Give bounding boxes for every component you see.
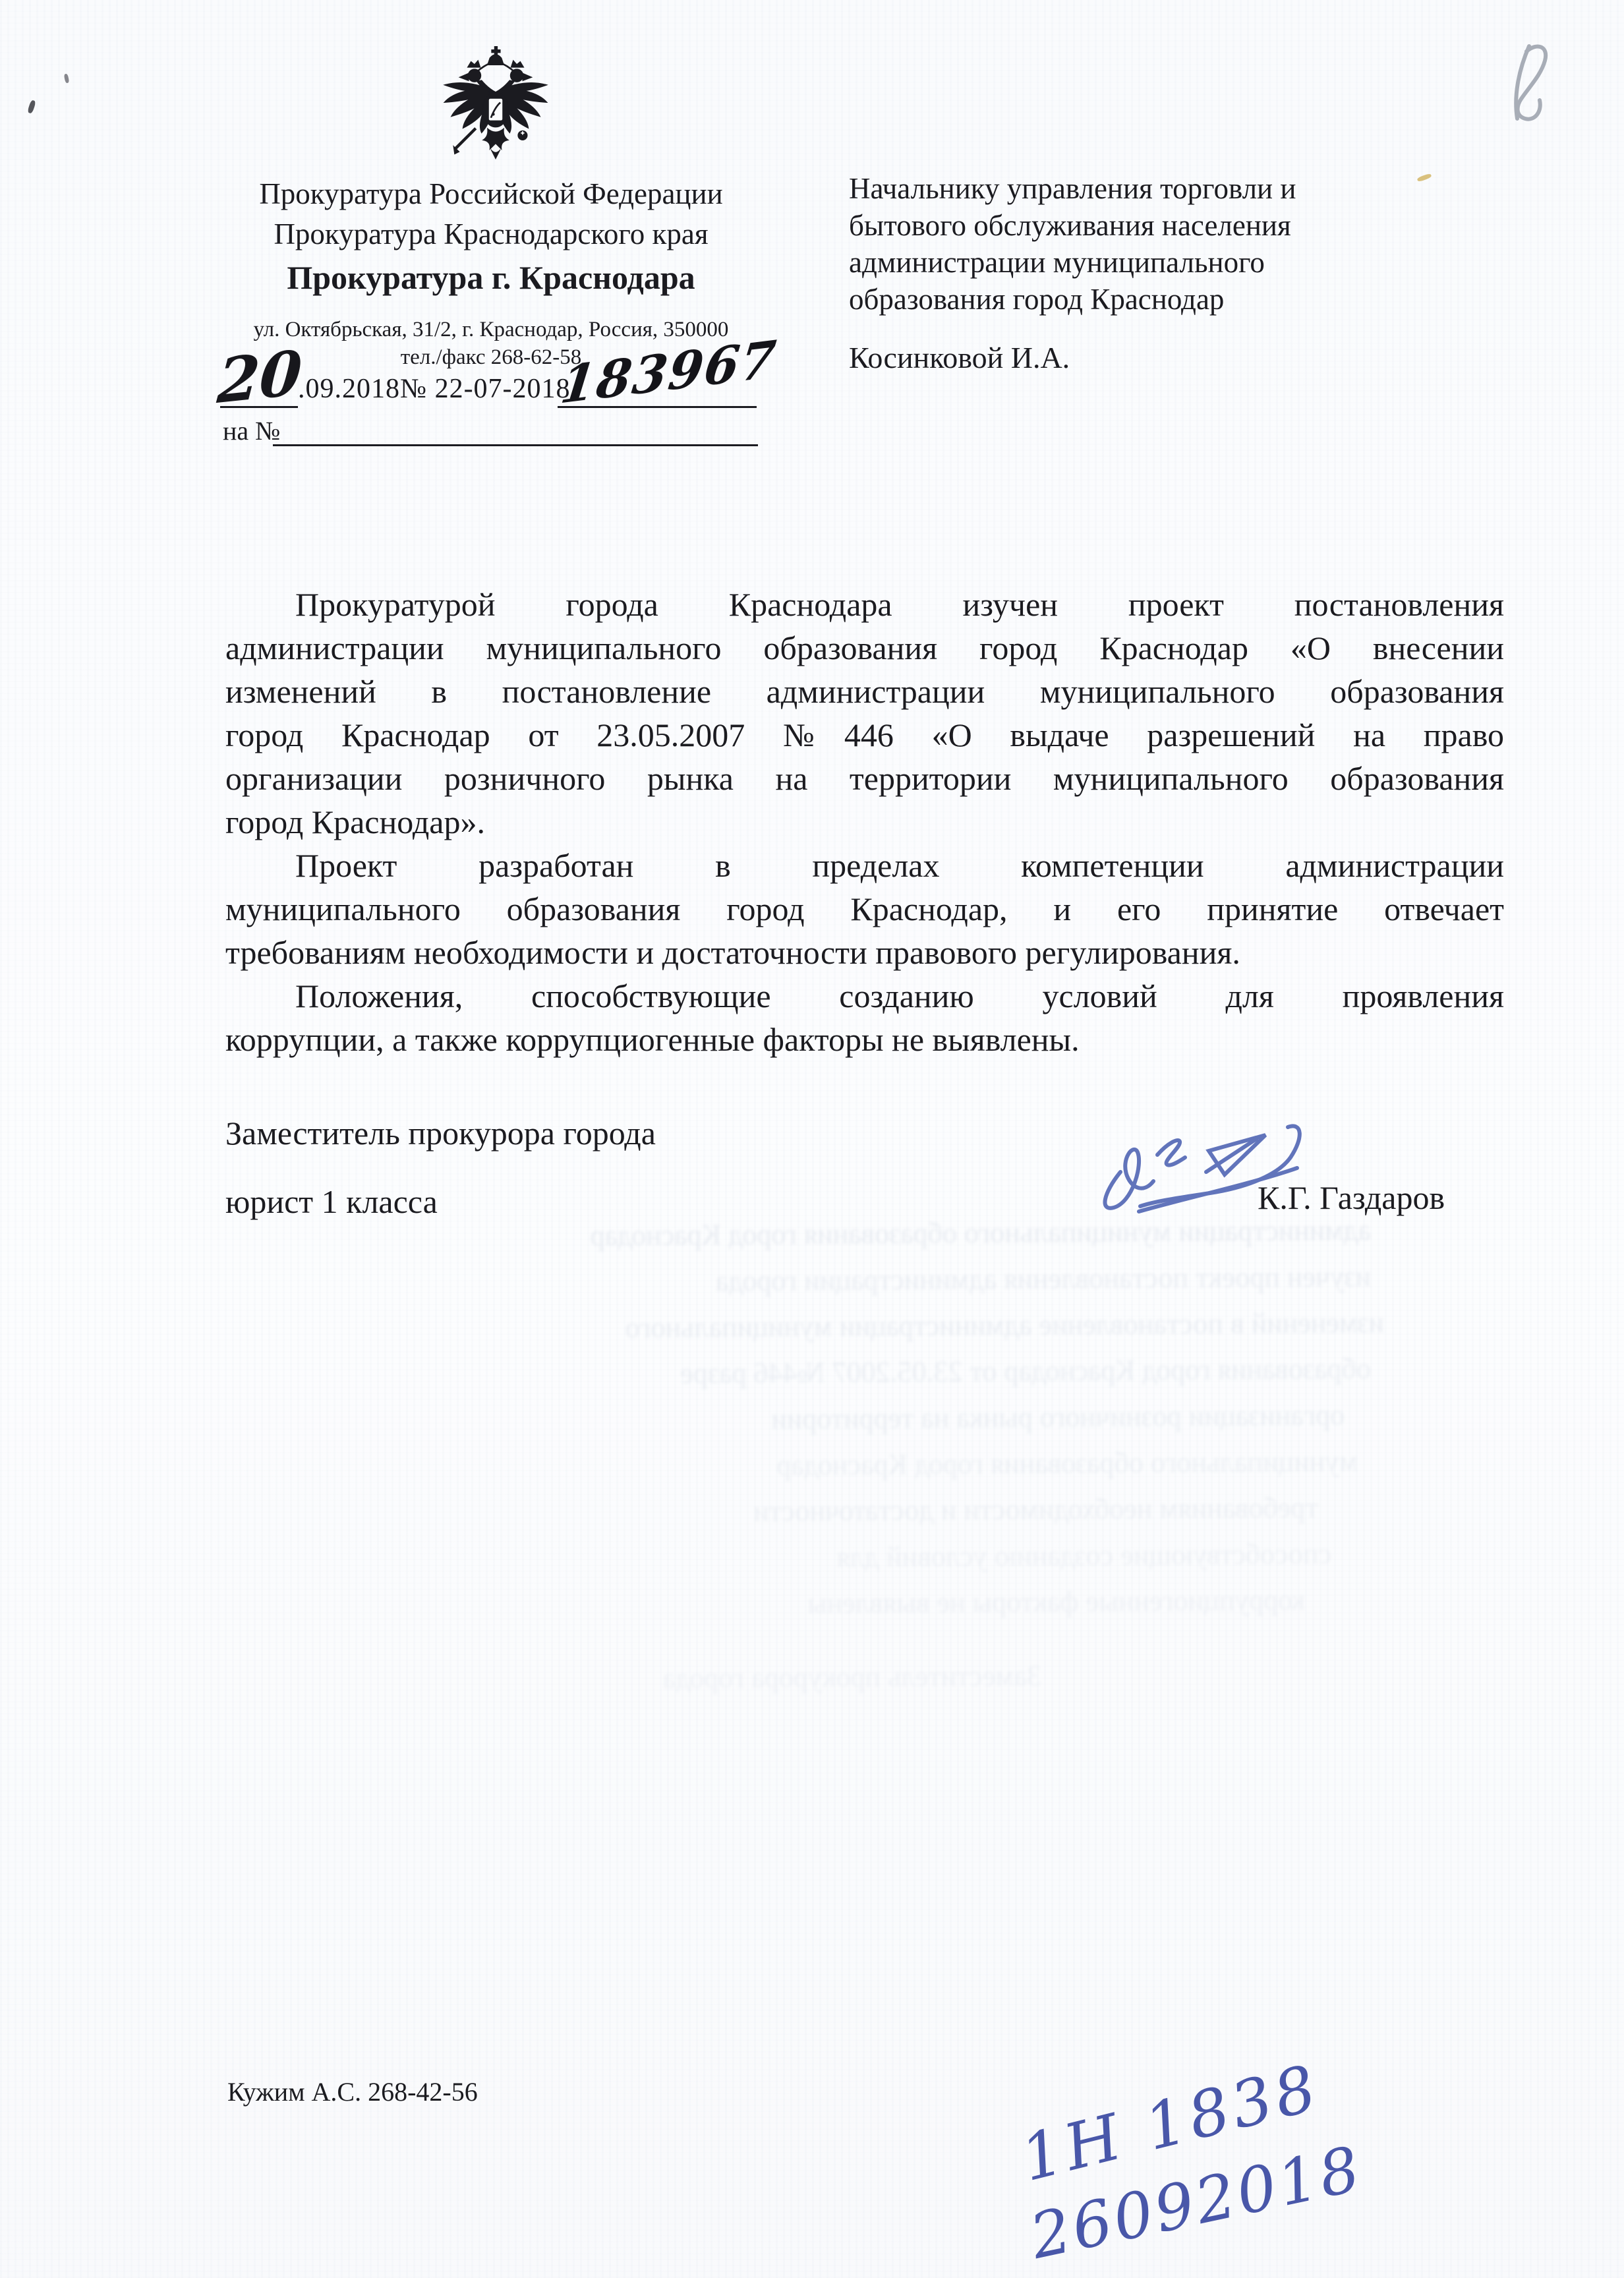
reply-underline <box>273 444 758 446</box>
scan-speck <box>27 100 36 113</box>
recipient-name: Косинковой И.А. <box>849 340 1070 375</box>
signer-position-line1: Заместитель прокурора города <box>225 1114 656 1152</box>
body-line: Положения, способствующие созданию услов… <box>225 974 1504 1018</box>
body-line: организации розничного рынка на территор… <box>225 757 1504 800</box>
body-line: город Краснодар от 23.05.2007 №446 «О вы… <box>225 713 1504 757</box>
body-line: город Краснодар». <box>225 800 1504 844</box>
scanned-letter-page: Прокуратура Российской Федерации Прокура… <box>0 0 1624 2278</box>
body-line: требованиям необходимости и достаточност… <box>225 931 1504 974</box>
bleed-through-text: Заместитель прокурора города <box>395 1659 1041 1697</box>
bleed-through-text: организации розничного рынка на территор… <box>435 1398 1345 1438</box>
bleed-through-text: коррупциогенные факторы не выявлены <box>475 1583 1305 1623</box>
outgoing-date-number: .09.2018№ 22-07-2018/ <box>298 373 579 405</box>
bleed-through-text: изучен проект постановления администраци… <box>422 1260 1371 1300</box>
bleed-through-text: изменений в постановление администрации … <box>395 1306 1384 1346</box>
letter-body: Прокуратурой города Краснодара изучен пр… <box>225 583 1504 1061</box>
recipient-block: Начальнику управления торговли и бытовог… <box>849 170 1429 318</box>
body-line: изменений в постановление администрации … <box>225 670 1504 713</box>
recipient-line: администрации муниципального <box>849 244 1429 281</box>
number-underline <box>558 406 757 408</box>
org-name-federation: Прокуратура Российской Федерации <box>211 177 771 211</box>
scan-speck <box>64 74 70 84</box>
top-right-pencil-mark <box>1487 38 1559 144</box>
bleed-through-text: способствующие созданию условий для <box>488 1537 1331 1577</box>
reply-to-label: на № <box>223 415 280 446</box>
coat-of-arms-double-headed-eagle-icon <box>437 46 554 175</box>
bleed-through-text: образования город Краснодар от 23.05.200… <box>369 1352 1371 1393</box>
handwritten-day: 20 <box>216 337 304 418</box>
body-line: муниципального образования город Краснод… <box>225 887 1504 931</box>
executor-contact: Кужим А.С. 268-42-56 <box>227 2076 478 2107</box>
body-line: коррупции, а также коррупциогенные факто… <box>225 1018 1504 1061</box>
bleed-through-text: муниципального образования город Краснод… <box>475 1444 1358 1484</box>
body-line: Проект разработан в пределах компетенции… <box>225 844 1504 887</box>
body-line: Прокуратурой города Краснодара изучен пр… <box>225 583 1504 626</box>
handwritten-signature <box>1080 1094 1363 1252</box>
recipient-line: бытового обслуживания населения <box>849 207 1429 244</box>
day-underline <box>220 406 298 408</box>
org-name-city: Прокуратура г. Краснодара <box>211 258 771 297</box>
body-line: администрации муниципального образования… <box>225 626 1504 670</box>
org-name-region: Прокуратура Краснодарского края <box>211 217 771 251</box>
recipient-line: Начальнику управления торговли и <box>849 170 1429 207</box>
recipient-line: образования город Краснодар <box>849 281 1429 318</box>
signer-position-line2: юрист 1 класса <box>225 1183 438 1221</box>
bleed-through-text: требованиям необходимости и достаточност… <box>448 1490 1318 1530</box>
